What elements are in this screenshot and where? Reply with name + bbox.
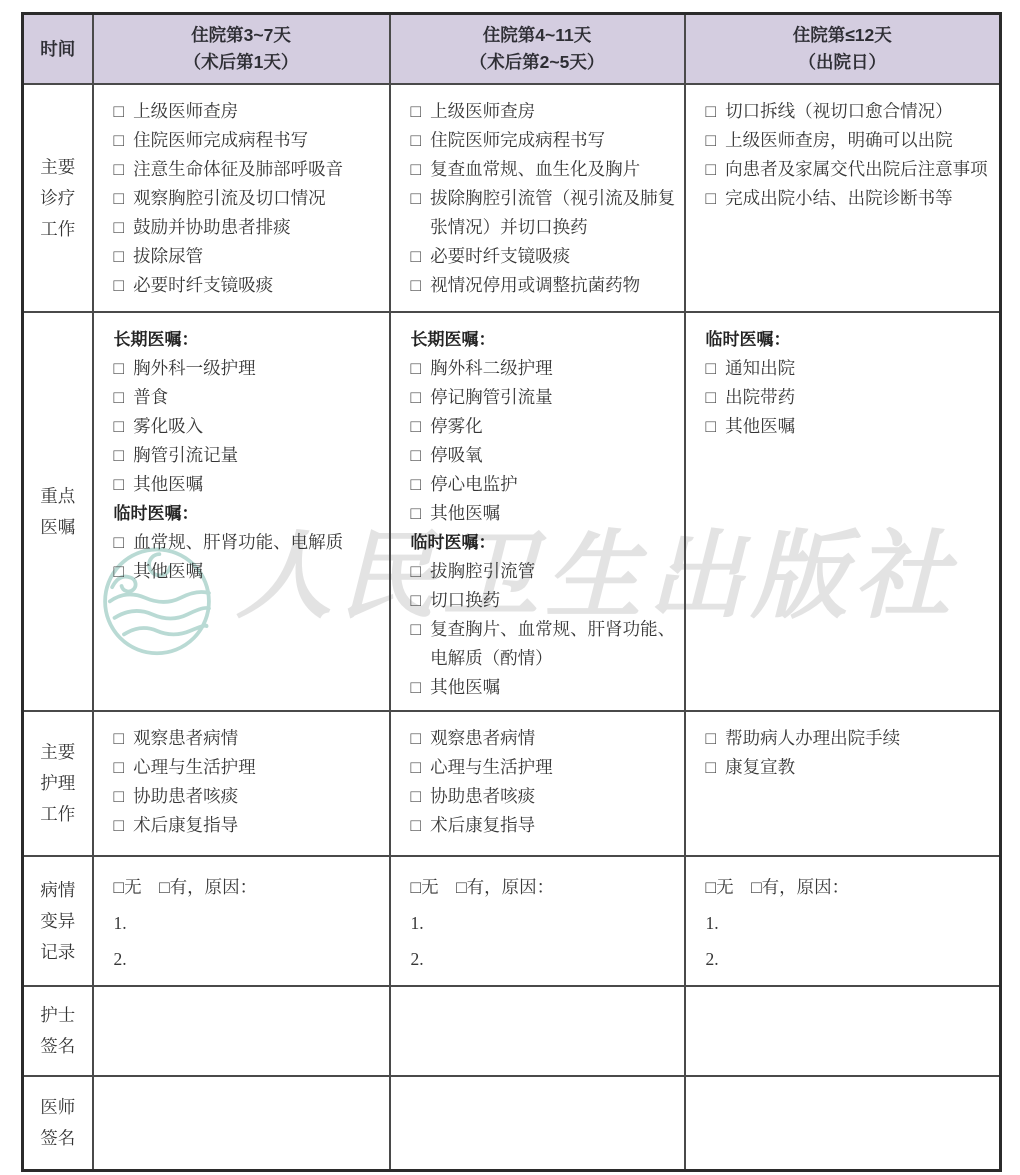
variation-lines: □无 □有，原因：1.2.: [706, 869, 992, 977]
checklist-item-label: 必要时纤支镜吸痰: [133, 271, 380, 300]
order-group-label: 临时医嘱：: [114, 499, 381, 528]
nursing-cell-day-3-7: □观察患者病情□心理与生活护理□协助患者咳痰□术后康复指导: [93, 711, 390, 856]
checklist-item[interactable]: □胸外科一级护理: [114, 354, 381, 383]
row-label-nurse-signature: 护士签名: [23, 986, 93, 1076]
checkbox-icon[interactable]: □: [411, 97, 422, 126]
checklist-item[interactable]: □其他医嘱: [114, 557, 381, 586]
checklist-item[interactable]: □必要时纤支镜吸痰: [114, 271, 381, 300]
header-line1: 住院第≤12天: [686, 22, 1000, 49]
checkbox-icon[interactable]: □: [706, 126, 717, 155]
variation-line: 1.: [411, 905, 676, 941]
checklist-item-label: 住院医师完成病程书写: [430, 126, 675, 155]
scanned-clinical-pathway-page: { "colors":{ "header_bg":"#d4cde0", "bor…: [0, 0, 1020, 1175]
checkbox-icon[interactable]: □: [411, 470, 422, 499]
checklist-item[interactable]: □心理与生活护理: [411, 753, 676, 782]
checklist-item[interactable]: □复查胸片、血常规、肝肾功能、电解质（酌情）: [411, 615, 676, 673]
nursing-checklist: □观察患者病情□心理与生活护理□协助患者咳痰□术后康复指导: [411, 724, 676, 840]
checklist-item-label: 协助患者咳痰: [430, 782, 675, 811]
checklist-item[interactable]: □帮助病人办理出院手续: [706, 724, 992, 753]
checklist-item-label: 切口拆线（视切口愈合情况）: [725, 97, 991, 126]
checklist-item[interactable]: □停记胸管引流量: [411, 383, 676, 412]
checklist-item-label: 上级医师查房: [133, 97, 380, 126]
checklist-item[interactable]: □术后康复指导: [411, 811, 676, 840]
checklist-item-label: 停吸氧: [430, 441, 675, 470]
nursing-cell-discharge: □帮助病人办理出院手续□康复宣教: [685, 711, 1001, 856]
checkbox-icon[interactable]: □: [706, 155, 717, 184]
checklist-item-label: 拔胸腔引流管: [430, 557, 675, 586]
checkbox-icon[interactable]: □: [411, 557, 422, 586]
checkbox-icon[interactable]: □: [114, 155, 125, 184]
checklist-item-label: 注意生命体征及肺部呼吸音: [133, 155, 380, 184]
checkbox-icon[interactable]: □: [411, 383, 422, 412]
checklist-item[interactable]: □其他医嘱: [411, 499, 676, 528]
checklist-item-label: 向患者及家属交代出院后注意事项: [725, 155, 991, 184]
checkbox-icon[interactable]: □: [706, 354, 717, 383]
checklist-item-label: 雾化吸入: [133, 412, 380, 441]
treatment-cell-day-4-11: □上级医师查房□住院医师完成病程书写□复查血常规、血生化及胸片□拔除胸腔引流管（…: [390, 84, 685, 312]
checkbox-icon[interactable]: □: [411, 673, 422, 702]
treatment-checklist: □切口拆线（视切口愈合情况）□上级医师查房，明确可以出院□向患者及家属交代出院后…: [706, 97, 992, 213]
checklist-item-label: 康复宣教: [725, 753, 991, 782]
checkbox-icon[interactable]: □: [706, 412, 717, 441]
checklist-item-label: 拔除尿管: [133, 242, 380, 271]
checklist-item-label: 上级医师查房: [430, 97, 675, 126]
checkbox-icon[interactable]: □: [114, 782, 125, 811]
checklist-item-label: 术后康复指导: [430, 811, 675, 840]
header-day-4-11: 住院第4~11天 （术后第2~5天）: [390, 14, 685, 85]
checkbox-icon[interactable]: □: [706, 753, 717, 782]
checkbox-icon[interactable]: □: [411, 811, 422, 840]
variation-cell-discharge: □无 □有，原因：1.2.: [685, 856, 1001, 986]
checkbox-icon[interactable]: □: [411, 271, 422, 300]
checklist-item[interactable]: □其他医嘱: [114, 470, 381, 499]
doctor-signature-cell-discharge[interactable]: [685, 1076, 1001, 1171]
variation-lines: □无 □有，原因：1.2.: [114, 869, 381, 977]
checkbox-icon[interactable]: □: [114, 441, 125, 470]
orders-checklist: 临时医嘱：□通知出院□出院带药□其他医嘱: [706, 325, 992, 441]
nurse-signature-cell-day-4-11[interactable]: [390, 986, 685, 1076]
checklist-item[interactable]: □出院带药: [706, 383, 992, 412]
checkbox-icon[interactable]: □: [411, 441, 422, 470]
header-line1: 住院第4~11天: [391, 22, 684, 49]
checklist-item[interactable]: □切口换药: [411, 586, 676, 615]
header-line1: 住院第3~7天: [94, 22, 389, 49]
checklist-item[interactable]: □切口拆线（视切口愈合情况）: [706, 97, 992, 126]
checklist-item[interactable]: □停吸氧: [411, 441, 676, 470]
checkbox-icon[interactable]: □: [114, 271, 125, 300]
checkbox-icon[interactable]: □: [411, 615, 422, 673]
treatment-cell-discharge: □切口拆线（视切口愈合情况）□上级医师查房，明确可以出院□向患者及家属交代出院后…: [685, 84, 1001, 312]
checklist-item[interactable]: □住院医师完成病程书写: [114, 126, 381, 155]
checklist-item[interactable]: □雾化吸入: [114, 412, 381, 441]
checklist-item[interactable]: □视情况停用或调整抗菌药物: [411, 271, 676, 300]
nurse-signature-cell-discharge[interactable]: [685, 986, 1001, 1076]
checklist-item-label: 住院医师完成病程书写: [133, 126, 380, 155]
checklist-item-label: 停雾化: [430, 412, 675, 441]
order-group-label: 临时医嘱：: [411, 528, 676, 557]
checklist-item-label: 帮助病人办理出院手续: [725, 724, 991, 753]
checkbox-icon[interactable]: □: [411, 782, 422, 811]
treatment-checklist: □上级医师查房□住院医师完成病程书写□复查血常规、血生化及胸片□拔除胸腔引流管（…: [411, 97, 676, 300]
checkbox-icon[interactable]: □: [114, 811, 125, 840]
checkbox-icon[interactable]: □: [114, 724, 125, 753]
checkbox-icon[interactable]: □: [706, 184, 717, 213]
nurse-signature-cell-day-3-7[interactable]: [93, 986, 390, 1076]
doctor-signature-cell-day-4-11[interactable]: [390, 1076, 685, 1171]
row-label-variation-record: 病情变异记录: [23, 856, 93, 986]
clinical-pathway-table: 时间 住院第3~7天 （术后第1天） 住院第4~11天 （术后第2~5天） 住院…: [21, 12, 1002, 1172]
order-group-label: 长期医嘱：: [114, 325, 381, 354]
checklist-item-label: 普食: [133, 383, 380, 412]
header-line2: （术后第2~5天）: [391, 49, 684, 76]
doctor-signature-cell-day-3-7[interactable]: [93, 1076, 390, 1171]
checklist-item[interactable]: □拔除尿管: [114, 242, 381, 271]
checklist-item[interactable]: □血常规、肝肾功能、电解质: [114, 528, 381, 557]
checklist-item[interactable]: □住院医师完成病程书写: [411, 126, 676, 155]
checklist-item-label: 复查血常规、血生化及胸片: [430, 155, 675, 184]
checkbox-icon[interactable]: □: [411, 753, 422, 782]
row-doctor-signature: 医师签名: [23, 1076, 1001, 1171]
checklist-item-label: 拔除胸腔引流管（视引流及肺复张情况）并切口换药: [430, 184, 675, 242]
checkbox-icon[interactable]: □: [411, 354, 422, 383]
row-key-orders: 重点医嘱 长期医嘱：□胸外科一级护理□普食□雾化吸入□胸管引流记量□其他医嘱临时…: [23, 312, 1001, 711]
checklist-item[interactable]: □胸管引流记量: [114, 441, 381, 470]
checklist-item[interactable]: □停雾化: [411, 412, 676, 441]
treatment-cell-day-3-7: □上级医师查房□住院医师完成病程书写□注意生命体征及肺部呼吸音□观察胸腔引流及切…: [93, 84, 390, 312]
header-line2: （术后第1天）: [94, 49, 389, 76]
orders-checklist: 长期医嘱：□胸外科二级护理□停记胸管引流量□停雾化□停吸氧□停心电监护□其他医嘱…: [411, 325, 676, 702]
row-variation-record: 病情变异记录 □无 □有，原因：1.2. □无 □有，原因：1.2. □无 □有…: [23, 856, 1001, 986]
checklist-item[interactable]: □胸外科二级护理: [411, 354, 676, 383]
checklist-item-label: 心理与生活护理: [133, 753, 380, 782]
checkbox-icon[interactable]: □: [114, 412, 125, 441]
variation-line: 1.: [114, 905, 381, 941]
checkbox-icon[interactable]: □: [706, 724, 717, 753]
checklist-item-label: 其他医嘱: [133, 470, 380, 499]
checklist-item[interactable]: □鼓励并协助患者排痰: [114, 213, 381, 242]
checklist-item-label: 其他医嘱: [430, 499, 675, 528]
checklist-item[interactable]: □观察患者病情: [411, 724, 676, 753]
checklist-item[interactable]: □拔胸腔引流管: [411, 557, 676, 586]
checklist-item-label: 其他医嘱: [430, 673, 675, 702]
header-time: 时间: [23, 14, 93, 85]
row-label-main-nursing: 主要护理工作: [23, 711, 93, 856]
nursing-cell-day-4-11: □观察患者病情□心理与生活护理□协助患者咳痰□术后康复指导: [390, 711, 685, 856]
checkbox-icon[interactable]: □: [114, 184, 125, 213]
checkbox-icon[interactable]: □: [706, 97, 717, 126]
nursing-checklist: □帮助病人办理出院手续□康复宣教: [706, 724, 992, 782]
checkbox-icon[interactable]: □: [114, 528, 125, 557]
checklist-item[interactable]: □其他医嘱: [411, 673, 676, 702]
checkbox-icon[interactable]: □: [114, 97, 125, 126]
checklist-item[interactable]: □上级医师查房: [411, 97, 676, 126]
checkbox-icon[interactable]: □: [114, 213, 125, 242]
checklist-item-label: 停心电监护: [430, 470, 675, 499]
row-label-doctor-signature: 医师签名: [23, 1076, 93, 1171]
checklist-item[interactable]: □观察患者病情: [114, 724, 381, 753]
checklist-item-label: 必要时纤支镜吸痰: [430, 242, 675, 271]
checkbox-icon[interactable]: □: [114, 354, 125, 383]
orders-cell-day-3-7: 长期医嘱：□胸外科一级护理□普食□雾化吸入□胸管引流记量□其他医嘱临时医嘱：□血…: [93, 312, 390, 711]
checklist-item-label: 观察胸腔引流及切口情况: [133, 184, 380, 213]
checklist-item-label: 术后康复指导: [133, 811, 380, 840]
nursing-checklist: □观察患者病情□心理与生活护理□协助患者咳痰□术后康复指导: [114, 724, 381, 840]
checklist-item-label: 胸外科一级护理: [133, 354, 380, 383]
checklist-item[interactable]: □停心电监护: [411, 470, 676, 499]
checklist-item-label: 其他医嘱: [133, 557, 380, 586]
checkbox-icon[interactable]: □: [411, 242, 422, 271]
row-main-nursing: 主要护理工作 □观察患者病情□心理与生活护理□协助患者咳痰□术后康复指导 □观察…: [23, 711, 1001, 856]
checkbox-icon[interactable]: □: [114, 557, 125, 586]
variation-line: 2.: [411, 941, 676, 977]
checkbox-icon[interactable]: □: [706, 383, 717, 412]
header-day-3-7: 住院第3~7天 （术后第1天）: [93, 14, 390, 85]
variation-lines: □无 □有，原因：1.2.: [411, 869, 676, 977]
variation-cell-day-4-11: □无 □有，原因：1.2.: [390, 856, 685, 986]
orders-cell-discharge: 临时医嘱：□通知出院□出院带药□其他医嘱: [685, 312, 1001, 711]
checkbox-icon[interactable]: □: [114, 126, 125, 155]
treatment-checklist: □上级医师查房□住院医师完成病程书写□注意生命体征及肺部呼吸音□观察胸腔引流及切…: [114, 97, 381, 300]
checklist-item-label: 其他医嘱: [725, 412, 991, 441]
checkbox-icon[interactable]: □: [114, 383, 125, 412]
variation-line: 2.: [706, 941, 992, 977]
variation-cell-day-3-7: □无 □有，原因：1.2.: [93, 856, 390, 986]
checklist-item[interactable]: □上级医师查房: [114, 97, 381, 126]
checklist-item[interactable]: □康复宣教: [706, 753, 992, 782]
checkbox-icon[interactable]: □: [411, 724, 422, 753]
checklist-item-label: 胸管引流记量: [133, 441, 380, 470]
checklist-item[interactable]: □复查血常规、血生化及胸片: [411, 155, 676, 184]
checklist-item-label: 出院带药: [725, 383, 991, 412]
checklist-item[interactable]: □注意生命体征及肺部呼吸音: [114, 155, 381, 184]
row-label-main-treatment: 主要诊疗工作: [23, 84, 93, 312]
checklist-item-label: 上级医师查房，明确可以出院: [725, 126, 991, 155]
checklist-item-label: 鼓励并协助患者排痰: [133, 213, 380, 242]
checklist-item-label: 完成出院小结、出院诊断书等: [725, 184, 991, 213]
checklist-item-label: 协助患者咳痰: [133, 782, 380, 811]
order-group-label: 长期医嘱：: [411, 325, 676, 354]
checklist-item-label: 停记胸管引流量: [430, 383, 675, 412]
checklist-item-label: 胸外科二级护理: [430, 354, 675, 383]
variation-line: □无 □有，原因：: [114, 869, 381, 905]
checkbox-icon[interactable]: □: [411, 126, 422, 155]
checkbox-icon[interactable]: □: [411, 412, 422, 441]
checklist-item[interactable]: □普食: [114, 383, 381, 412]
checklist-item-label: 复查胸片、血常规、肝肾功能、电解质（酌情）: [430, 615, 675, 673]
checklist-item[interactable]: □其他医嘱: [706, 412, 992, 441]
row-label-key-orders: 重点医嘱: [23, 312, 93, 711]
checkbox-icon[interactable]: □: [411, 155, 422, 184]
checklist-item[interactable]: □心理与生活护理: [114, 753, 381, 782]
checklist-item[interactable]: □协助患者咳痰: [114, 782, 381, 811]
variation-line: 1.: [706, 905, 992, 941]
checkbox-icon[interactable]: □: [114, 242, 125, 271]
checklist-item-label: 通知出院: [725, 354, 991, 383]
checklist-item[interactable]: □完成出院小结、出院诊断书等: [706, 184, 992, 213]
variation-line: 2.: [114, 941, 381, 977]
orders-cell-day-4-11: 长期医嘱：□胸外科二级护理□停记胸管引流量□停雾化□停吸氧□停心电监护□其他医嘱…: [390, 312, 685, 711]
variation-line: □无 □有，原因：: [411, 869, 676, 905]
checkbox-icon[interactable]: □: [411, 499, 422, 528]
checkbox-icon[interactable]: □: [114, 753, 125, 782]
checkbox-icon[interactable]: □: [114, 470, 125, 499]
checklist-item-label: 观察患者病情: [430, 724, 675, 753]
header-line2: （出院日）: [686, 49, 1000, 76]
checklist-item[interactable]: □必要时纤支镜吸痰: [411, 242, 676, 271]
checklist-item-label: 视情况停用或调整抗菌药物: [430, 271, 675, 300]
variation-line: □无 □有，原因：: [706, 869, 992, 905]
checklist-item-label: 心理与生活护理: [430, 753, 675, 782]
checkbox-icon[interactable]: □: [411, 184, 422, 242]
checklist-item-label: 观察患者病情: [133, 724, 380, 753]
orders-checklist: 长期医嘱：□胸外科一级护理□普食□雾化吸入□胸管引流记量□其他医嘱临时医嘱：□血…: [114, 325, 381, 586]
checklist-item-label: 血常规、肝肾功能、电解质: [133, 528, 380, 557]
header-day-le-12: 住院第≤12天 （出院日）: [685, 14, 1001, 85]
checklist-item[interactable]: □拔除胸腔引流管（视引流及肺复张情况）并切口换药: [411, 184, 676, 242]
checklist-item[interactable]: □上级医师查房，明确可以出院: [706, 126, 992, 155]
checklist-item[interactable]: □术后康复指导: [114, 811, 381, 840]
checklist-item[interactable]: □协助患者咳痰: [411, 782, 676, 811]
checklist-item[interactable]: □观察胸腔引流及切口情况: [114, 184, 381, 213]
checkbox-icon[interactable]: □: [411, 586, 422, 615]
checklist-item[interactable]: □通知出院: [706, 354, 992, 383]
order-group-label: 临时医嘱：: [706, 325, 992, 354]
checklist-item-label: 切口换药: [430, 586, 675, 615]
header-row: 时间 住院第3~7天 （术后第1天） 住院第4~11天 （术后第2~5天） 住院…: [23, 14, 1001, 85]
checklist-item[interactable]: □向患者及家属交代出院后注意事项: [706, 155, 992, 184]
row-nurse-signature: 护士签名: [23, 986, 1001, 1076]
row-main-treatment: 主要诊疗工作 □上级医师查房□住院医师完成病程书写□注意生命体征及肺部呼吸音□观…: [23, 84, 1001, 312]
